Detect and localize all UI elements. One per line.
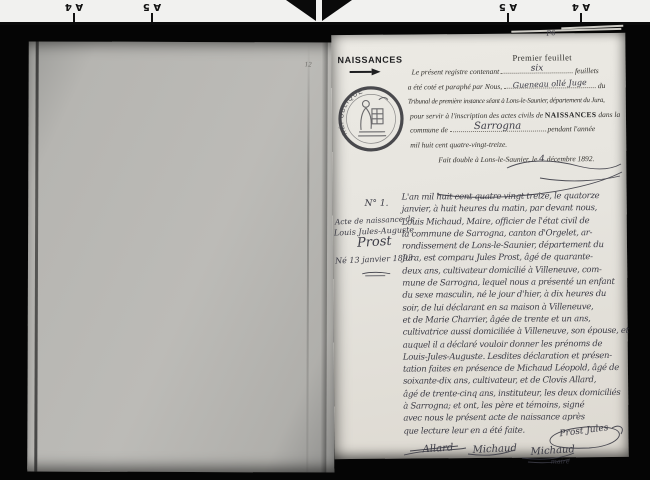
act-body: L'an mil huit cent quatre vingt treize, … <box>402 190 634 438</box>
act-line: âgé de trente-cinq ans, instituteur, les… <box>403 387 633 401</box>
witness2-signature: Michaud <box>472 443 517 456</box>
margin-flourish <box>361 271 391 277</box>
arrow-icon <box>348 68 382 76</box>
form-line-5: commune de Sarrogna pendant l'année <box>410 124 616 135</box>
margin-surname: Prost <box>357 234 393 251</box>
microfilm-scan: A 4 A 5 A 5 A 4 12 P6 NAISSANCES <box>0 0 650 480</box>
handwritten-feuillet-count: six <box>501 63 573 74</box>
gutter-shadow <box>320 42 328 472</box>
ruler-mark: A 5 <box>132 0 172 22</box>
handwritten-day: 4 <box>539 154 545 164</box>
printed-text: dans la <box>598 110 620 119</box>
fill-in-blank: six <box>501 72 573 74</box>
ruler-mark: A 4 <box>561 0 601 22</box>
handwritten-commune-name: Sarrogna <box>450 120 546 132</box>
fill-in-blank: Gueneau ollé Juge <box>504 87 596 89</box>
form-line-1: Le présent registre contenant six feuill… <box>412 66 618 77</box>
printed-text: pour servir à l'inscription des actes ci… <box>410 111 543 121</box>
form-line-6: mil huit cent quatre-vingt-treize. <box>410 140 507 150</box>
act-number: N° 1. <box>365 199 389 209</box>
ruler-label: A 5 <box>488 1 528 12</box>
printed-text: commune de <box>410 125 448 134</box>
printed-text: feuillets <box>575 66 599 75</box>
printed-text: décembre 1892. <box>547 154 595 163</box>
act-line: L'an mil huit cent quatre vingt treize, … <box>402 190 632 204</box>
stamp-text: RÉPUBLIQUE FRANÇAISE <box>335 82 368 137</box>
printed-text: Le présent registre contenant <box>412 67 500 77</box>
act-line: rondissement de Lons-le-Saunier, départe… <box>402 239 632 253</box>
pencil-folio-mark: 12 <box>305 60 312 68</box>
fiducial-triangle-marker <box>286 0 352 22</box>
stamp-figure <box>358 97 388 135</box>
fill-in-blank: Sarrogna <box>450 130 546 132</box>
form-line-3: Tribunal de première instance séant à Lo… <box>408 96 605 106</box>
page-title: NAISSANCES <box>337 55 402 66</box>
witness1-signature: Allard <box>422 442 453 455</box>
register-page: P6 NAISSANCES Premier feuillet RÉPUBLIQU… <box>331 33 628 459</box>
form-line-4: pour servir à l'inscription des actes ci… <box>410 110 620 121</box>
form-line-7: Fait double à Lons-le-Saunier, le 4 déce… <box>438 154 594 165</box>
republique-francaise-stamp-icon: RÉPUBLIQUE FRANÇAISE <box>335 82 408 157</box>
folio-label: Premier feuillet <box>512 52 572 62</box>
ruler-label: A 4 <box>54 1 94 12</box>
corner-annotation: P6 <box>546 28 556 38</box>
svg-text:RÉPUBLIQUE FRANÇAISE: RÉPUBLIQUE FRANÇAISE <box>335 82 368 137</box>
handwritten-judge-signature: Gueneau ollé Juge <box>504 77 596 90</box>
form-line-2: a été coté et paraphé par Nous, Gueneau … <box>408 81 606 92</box>
gutter-crease <box>306 42 310 472</box>
ruler-tick <box>151 13 153 22</box>
act-line: cultivatrice aussi domiciliée à Villeneu… <box>403 325 633 339</box>
printed-text: pendant l'année <box>548 124 596 133</box>
page-fold-line <box>34 41 39 471</box>
ruler-tick <box>580 13 582 22</box>
ruler-mark: A 5 <box>488 0 528 22</box>
printed-text: Fait double à Lons-le-Saunier, le <box>438 155 537 165</box>
printed-text: du <box>598 81 606 90</box>
mayor-signature: Michaud <box>530 444 575 458</box>
ruler-label: A 5 <box>132 1 172 12</box>
ruler-mark: A 4 <box>54 0 94 22</box>
mayor-title: maire <box>551 457 570 465</box>
act-line: du sexe masculin, né le jour d'hier, à d… <box>402 288 632 302</box>
act-line: tation faites en présence de Michaud Léo… <box>403 362 633 376</box>
ruler-tick <box>73 13 75 22</box>
microfilm-ruler-band: A 4 A 5 A 5 A 4 <box>0 0 650 25</box>
ruler-tick <box>507 13 509 22</box>
ruler-label: A 4 <box>561 1 601 12</box>
left-blank-page: 12 <box>27 41 335 472</box>
printed-text: a été coté et paraphé par Nous, <box>408 82 502 92</box>
naissances-bold-word: NAISSANCES <box>545 110 597 119</box>
